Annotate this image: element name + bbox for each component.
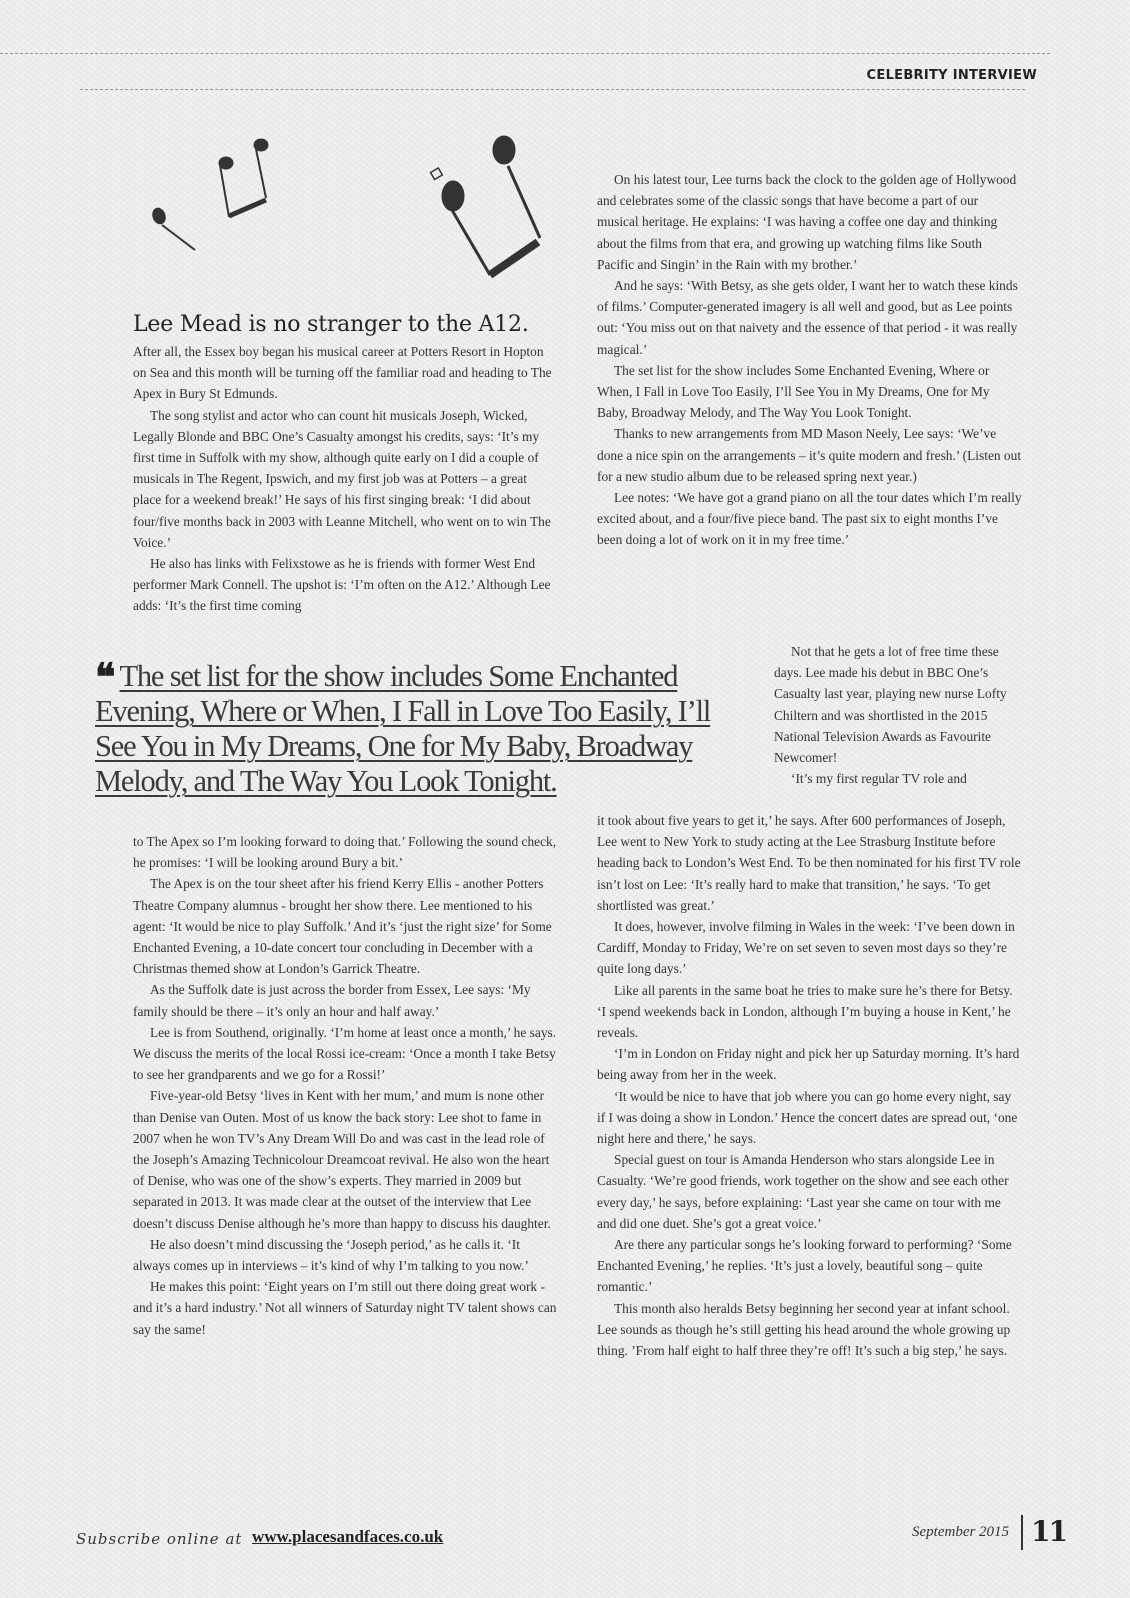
paragraph: The set list for the show includes Some … <box>597 360 1022 424</box>
paragraph: Like all parents in the same boat he tri… <box>597 980 1022 1044</box>
paragraph: Not that he gets a lot of free time thes… <box>774 641 1024 768</box>
paragraph: He makes this point: ‘Eight years on I’m… <box>133 1276 558 1340</box>
pull-quote-text: The set list for the show includes Some … <box>95 659 710 798</box>
paragraph: ‘I’m in London on Friday night and pick … <box>597 1043 1022 1085</box>
article-column-right-bottom: it took about five years to get it,’ he … <box>597 810 1022 1361</box>
paragraph: Lee notes: ‘We have got a grand piano on… <box>597 487 1022 551</box>
paragraph: And he says: ‘With Betsy, as she gets ol… <box>597 275 1022 360</box>
article-headline: Lee Mead is no stranger to the A12. <box>133 312 529 337</box>
article-column-left-top: After all, the Essex boy began his music… <box>133 341 558 617</box>
paragraph: The song stylist and actor who can count… <box>133 405 558 553</box>
page-number: 11 <box>1031 1515 1066 1548</box>
header-rule-top <box>0 53 1050 54</box>
paragraph: ‘It would be nice to have that job where… <box>597 1086 1022 1150</box>
paragraph: On his latest tour, Lee turns back the c… <box>597 169 1022 275</box>
paragraph: Special guest on tour is Amanda Henderso… <box>597 1149 1022 1234</box>
paragraph: It does, however, involve filming in Wal… <box>597 916 1022 980</box>
paragraph: Thanks to new arrangements from MD Mason… <box>597 423 1022 487</box>
paragraph: He also doesn’t mind discussing the ‘Jos… <box>133 1234 558 1276</box>
article-column-right-middle: Not that he gets a lot of free time thes… <box>774 641 1024 789</box>
paragraph: After all, the Essex boy began his music… <box>133 341 558 405</box>
music-notes-icon <box>140 130 560 290</box>
subscribe-link[interactable]: www.placesandfaces.co.uk <box>252 1527 443 1547</box>
paragraph: The Apex is on the tour sheet after his … <box>133 873 558 979</box>
paragraph: Five-year-old Betsy ‘lives in Kent with … <box>133 1085 558 1233</box>
paragraph: it took about five years to get it,’ he … <box>597 810 1022 916</box>
paragraph: Are there any particular songs he’s look… <box>597 1234 1022 1298</box>
paragraph: He also has links with Felixstowe as he … <box>133 553 558 617</box>
subscribe-text: Subscribe online at <box>76 1530 242 1548</box>
article-column-left-bottom: to The Apex so I’m looking forward to do… <box>133 831 558 1340</box>
paragraph: ‘It’s my first regular TV role and <box>774 768 1024 789</box>
issue-date: September 2015 <box>912 1524 1009 1541</box>
paragraph: As the Suffolk date is just across the b… <box>133 979 558 1021</box>
footer-divider <box>1021 1515 1023 1550</box>
paragraph: to The Apex so I’m looking forward to do… <box>133 831 558 873</box>
paragraph: This month also heralds Betsy beginning … <box>597 1298 1022 1362</box>
section-label: CELEBRITY INTERVIEW <box>867 68 1037 83</box>
paragraph: Lee is from Southend, originally. ‘I’m h… <box>133 1022 558 1086</box>
article-column-right-top: On his latest tour, Lee turns back the c… <box>597 169 1022 551</box>
quote-mark-icon: ❝ <box>95 654 111 699</box>
header-rule-bottom <box>80 89 1025 90</box>
pull-quote: ❝The set list for the show includes Some… <box>95 659 755 799</box>
